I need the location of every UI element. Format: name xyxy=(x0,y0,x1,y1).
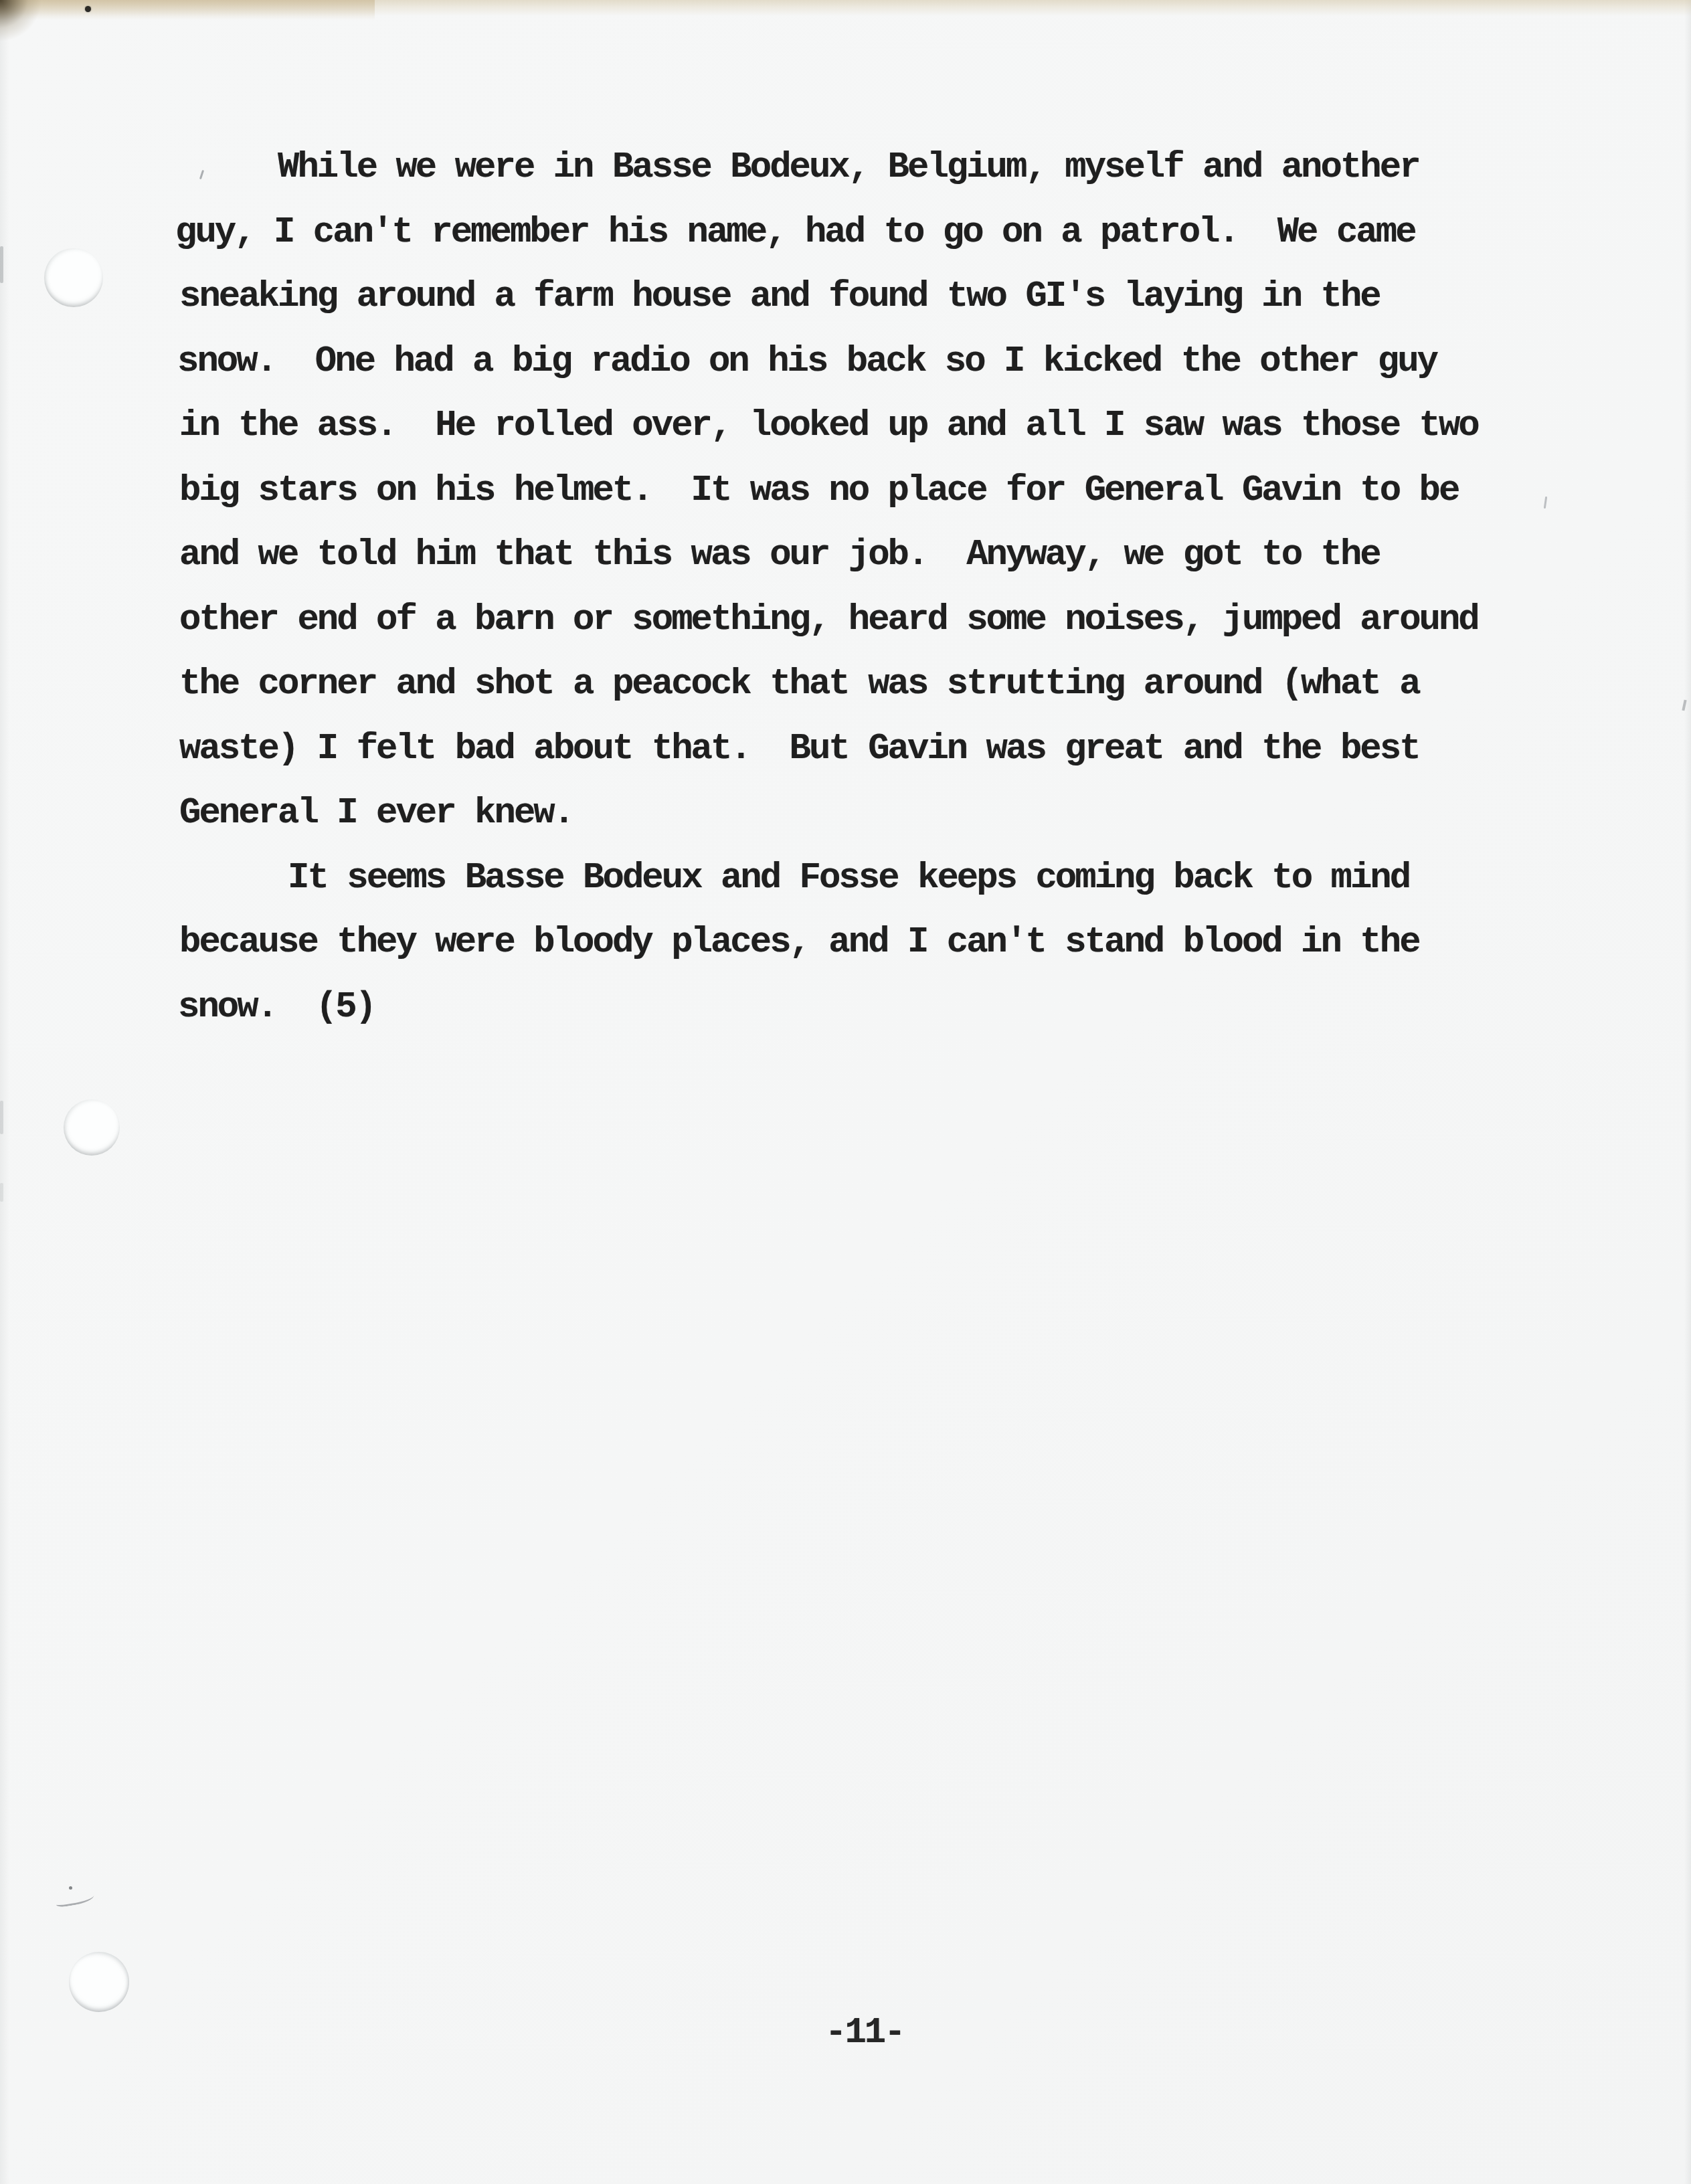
page-number: -11- xyxy=(825,2015,904,2052)
typed-line-6: big stars on his helmet. It was no place… xyxy=(179,459,1478,524)
hole-punch-middle xyxy=(64,1099,120,1156)
typed-line-4: snow. One had a big radio on his back so… xyxy=(177,330,1478,395)
pencil-tick-mark xyxy=(1544,496,1547,509)
typed-line-14: snow. (5) xyxy=(178,976,1478,1040)
ink-speck-top xyxy=(85,6,91,12)
pencil-squiggle-mark xyxy=(55,1891,95,1908)
scanned-document-page: While we were in Basse Bodeux, Belgium, … xyxy=(0,0,1691,2184)
typed-line-7: and we told him that this was our job. A… xyxy=(179,523,1478,588)
typed-line-9: the corner and shot a peacock that was s… xyxy=(179,652,1478,717)
typed-text-block: While we were in Basse Bodeux, Belgium, … xyxy=(179,136,1478,1040)
scan-left-edge-nick xyxy=(0,1101,3,1134)
scan-top-edge-tint xyxy=(0,0,1691,16)
scan-right-edge-speck xyxy=(1682,700,1686,711)
typed-line-12: It seems Basse Bodeux and Fosse keeps co… xyxy=(189,846,1478,911)
pencil-dot-mark xyxy=(69,1886,72,1890)
typed-line-10: waste) I felt bad about that. But Gavin … xyxy=(179,717,1478,782)
hole-punch-bottom xyxy=(69,1952,129,2012)
typed-line-1: While we were in Basse Bodeux, Belgium, … xyxy=(179,136,1478,201)
hole-punch-top xyxy=(44,248,103,307)
typed-line-8: other end of a barn or something, heard … xyxy=(179,588,1478,653)
typed-line-13: because they were bloody places, and I c… xyxy=(179,911,1478,976)
typed-line-2: guy, I can't remember his name, had to g… xyxy=(175,201,1478,266)
scan-left-edge-nick xyxy=(0,1183,3,1202)
typed-line-5: in the ass. He rolled over, looked up an… xyxy=(179,394,1478,459)
typed-line-3: sneaking around a farm house and found t… xyxy=(179,265,1478,330)
typed-line-11: General I ever knew. xyxy=(179,782,1478,846)
scan-top-edge-tint-left xyxy=(0,0,375,20)
scan-left-edge-nick xyxy=(0,246,3,283)
scan-corner-smudge xyxy=(0,0,80,80)
